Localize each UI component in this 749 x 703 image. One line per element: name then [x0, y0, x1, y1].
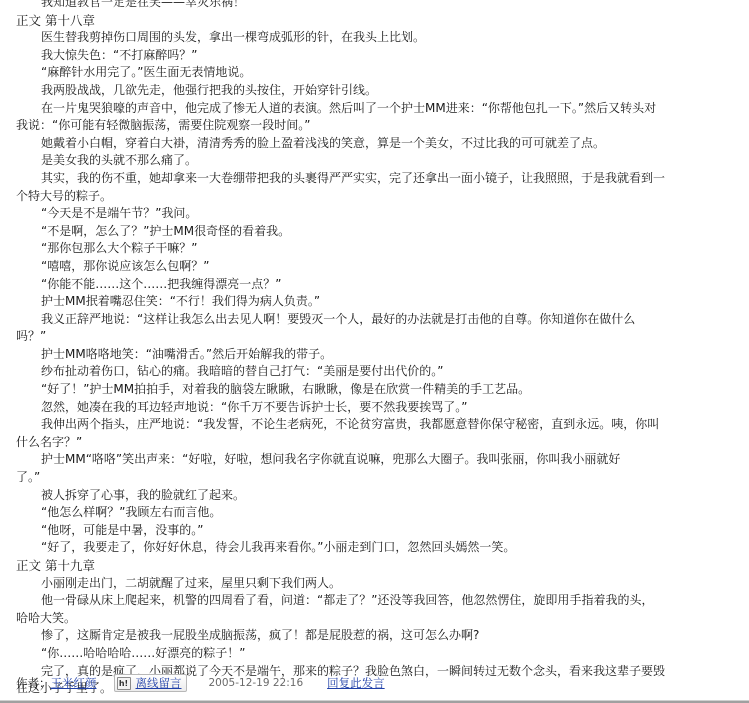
- paragraph-line: “那你包那么大个粽子干嘛？”: [16, 240, 732, 258]
- paragraph-line: 我大惊失色：“不打麻醉吗？”: [16, 47, 732, 65]
- paragraph-line: “今天是不是端午节？”我问。: [16, 205, 732, 223]
- paragraph-line: 护士MM抿着嘴忍住笑：“不行！我们得为病人负责。”: [16, 293, 732, 311]
- chapter-heading: 正文 第十八章: [16, 12, 732, 30]
- paragraph-line: 我知道教官一定是在笑——幸灾乐祸！: [16, 0, 732, 12]
- paragraph-line: “好了！”护士MM拍拍手，对着我的脑袋左瞅瞅，右瞅瞅，像是在欣赏一件精美的手工艺…: [16, 381, 732, 399]
- paragraph-line: “嘻嘻，那你说应该怎么包啊？”: [16, 258, 732, 276]
- chapter-heading: 正文 第十九章: [16, 557, 732, 575]
- paragraph-line: 在一片鬼哭狼嚎的声音中，他完成了惨无人道的表演。然后叫了一个护士MM进来：“你帮…: [16, 100, 732, 118]
- paragraph-line: 我说：“你可能有轻微脑振荡，需要住院观察一段时间。”: [16, 117, 732, 135]
- paragraph-line: 被人拆穿了心事，我的脸就红了起来。: [16, 487, 732, 505]
- paragraph-line: 我伸出两个指头，庄严地说：“我发誓，不论生老病死，不论贫穷富贵，我都愿意替你保守…: [16, 416, 732, 434]
- author-link[interactable]: 玉米红颜: [51, 675, 97, 691]
- paragraph-line: 其实，我的伤不重，她却拿来一大卷绷带把我的头裹得严严实实，完了还拿出一面小镜子，…: [16, 170, 732, 188]
- post-timestamp: 2005-12-19 22:16: [209, 677, 304, 689]
- offline-message-button[interactable]: h! 离线留言: [114, 674, 187, 692]
- paragraph-line: 我义正辞严地说：“这样让我怎么出去见人啊！要毁灭一个人，最好的办法就是打击他的自…: [16, 311, 732, 329]
- paragraph-line: “你……哈哈哈哈……好漂亮的粽子！”: [16, 645, 732, 663]
- paragraph-line: 小丽刚走出门，二胡就醒了过来，屋里只剩下我们两人。: [16, 575, 732, 593]
- paragraph-line: 了。”: [16, 469, 732, 487]
- paragraph-line: 护士MM“咯咯”笑出声来：“好啦，好啦，想问我名字你就直说嘛，兜那么大圈子。我叫…: [16, 451, 732, 469]
- paragraph-line: 哈哈大笑。: [16, 610, 732, 628]
- paragraph-line: 是美女我的头就不那么痛了。: [16, 152, 732, 170]
- paragraph-line: “你能不能……这个……把我缠得漂亮一点？”: [16, 276, 732, 294]
- paragraph-line: “麻醉针水用完了。”医生面无表情地说。: [16, 64, 732, 82]
- paragraph-line: “他呀，可能是中暑，没事的。”: [16, 522, 732, 540]
- paragraph-line: 我两股战战，几欲先走，他强行把我的头按住，开始穿针引线。: [16, 82, 732, 100]
- paragraph-line: 忽然，她凑在我的耳边轻声地说：“你千万不要告诉护士长，要不然我要挨骂了。”: [16, 399, 732, 417]
- paragraph-line: 她戴着小白帽，穿着白大褂，清清秀秀的脸上盈着浅浅的笑意，算是一个美女，不过比我的…: [16, 135, 732, 153]
- paragraph-line: “好了，我要走了，你好好休息，待会儿我再来看你。”小丽走到门口，忽然回头嫣然一笑…: [16, 539, 732, 557]
- paragraph-line: 他一骨碌从床上爬起来，机警的四周看了看，问道：“都走了？”还没等我回答，他忽然愣…: [16, 592, 732, 610]
- paragraph-line: 纱布扯动着伤口，钻心的痛。我暗暗的替自己打气：“美丽是要付出代价的。”: [16, 363, 732, 381]
- reply-link[interactable]: 回复此发言: [327, 675, 385, 691]
- paragraph-line: 医生替我剪掉伤口周围的头发，拿出一棵弯成弧形的针，在我头上比划。: [16, 29, 732, 47]
- message-icon: h!: [117, 677, 131, 690]
- paragraph-line: 护士MM咯咯地笑：“油嘴滑舌。”然后开始解我的带子。: [16, 346, 732, 364]
- paragraph-line: “他怎么样啊？”我顾左右而言他。: [16, 504, 732, 522]
- offline-message-label[interactable]: 离线留言: [136, 675, 182, 691]
- author-label: 作者：: [16, 675, 51, 691]
- paragraph-line: 吗？”: [16, 328, 732, 346]
- paragraph-line: 惨了，这厮肯定是被我一屁股坐成脑振荡，疯了！都是屁股惹的祸，这可怎么办啊?: [16, 627, 732, 645]
- paragraph-line: 什么名字？”: [16, 434, 732, 452]
- post-footer: 作者： 玉米红颜 h! 离线留言 2005-12-19 22:16 回复此发言: [16, 674, 385, 692]
- post-body: 我知道教官一定是在笑——幸灾乐祸！ 正文 第十八章 医生替我剪掉伤口周围的头发，…: [16, 0, 732, 698]
- paragraph-line: 个特大号的粽子。: [16, 188, 732, 206]
- paragraph-line: “不是啊，怎么了？”护士MM很奇怪的看着我。: [16, 223, 732, 241]
